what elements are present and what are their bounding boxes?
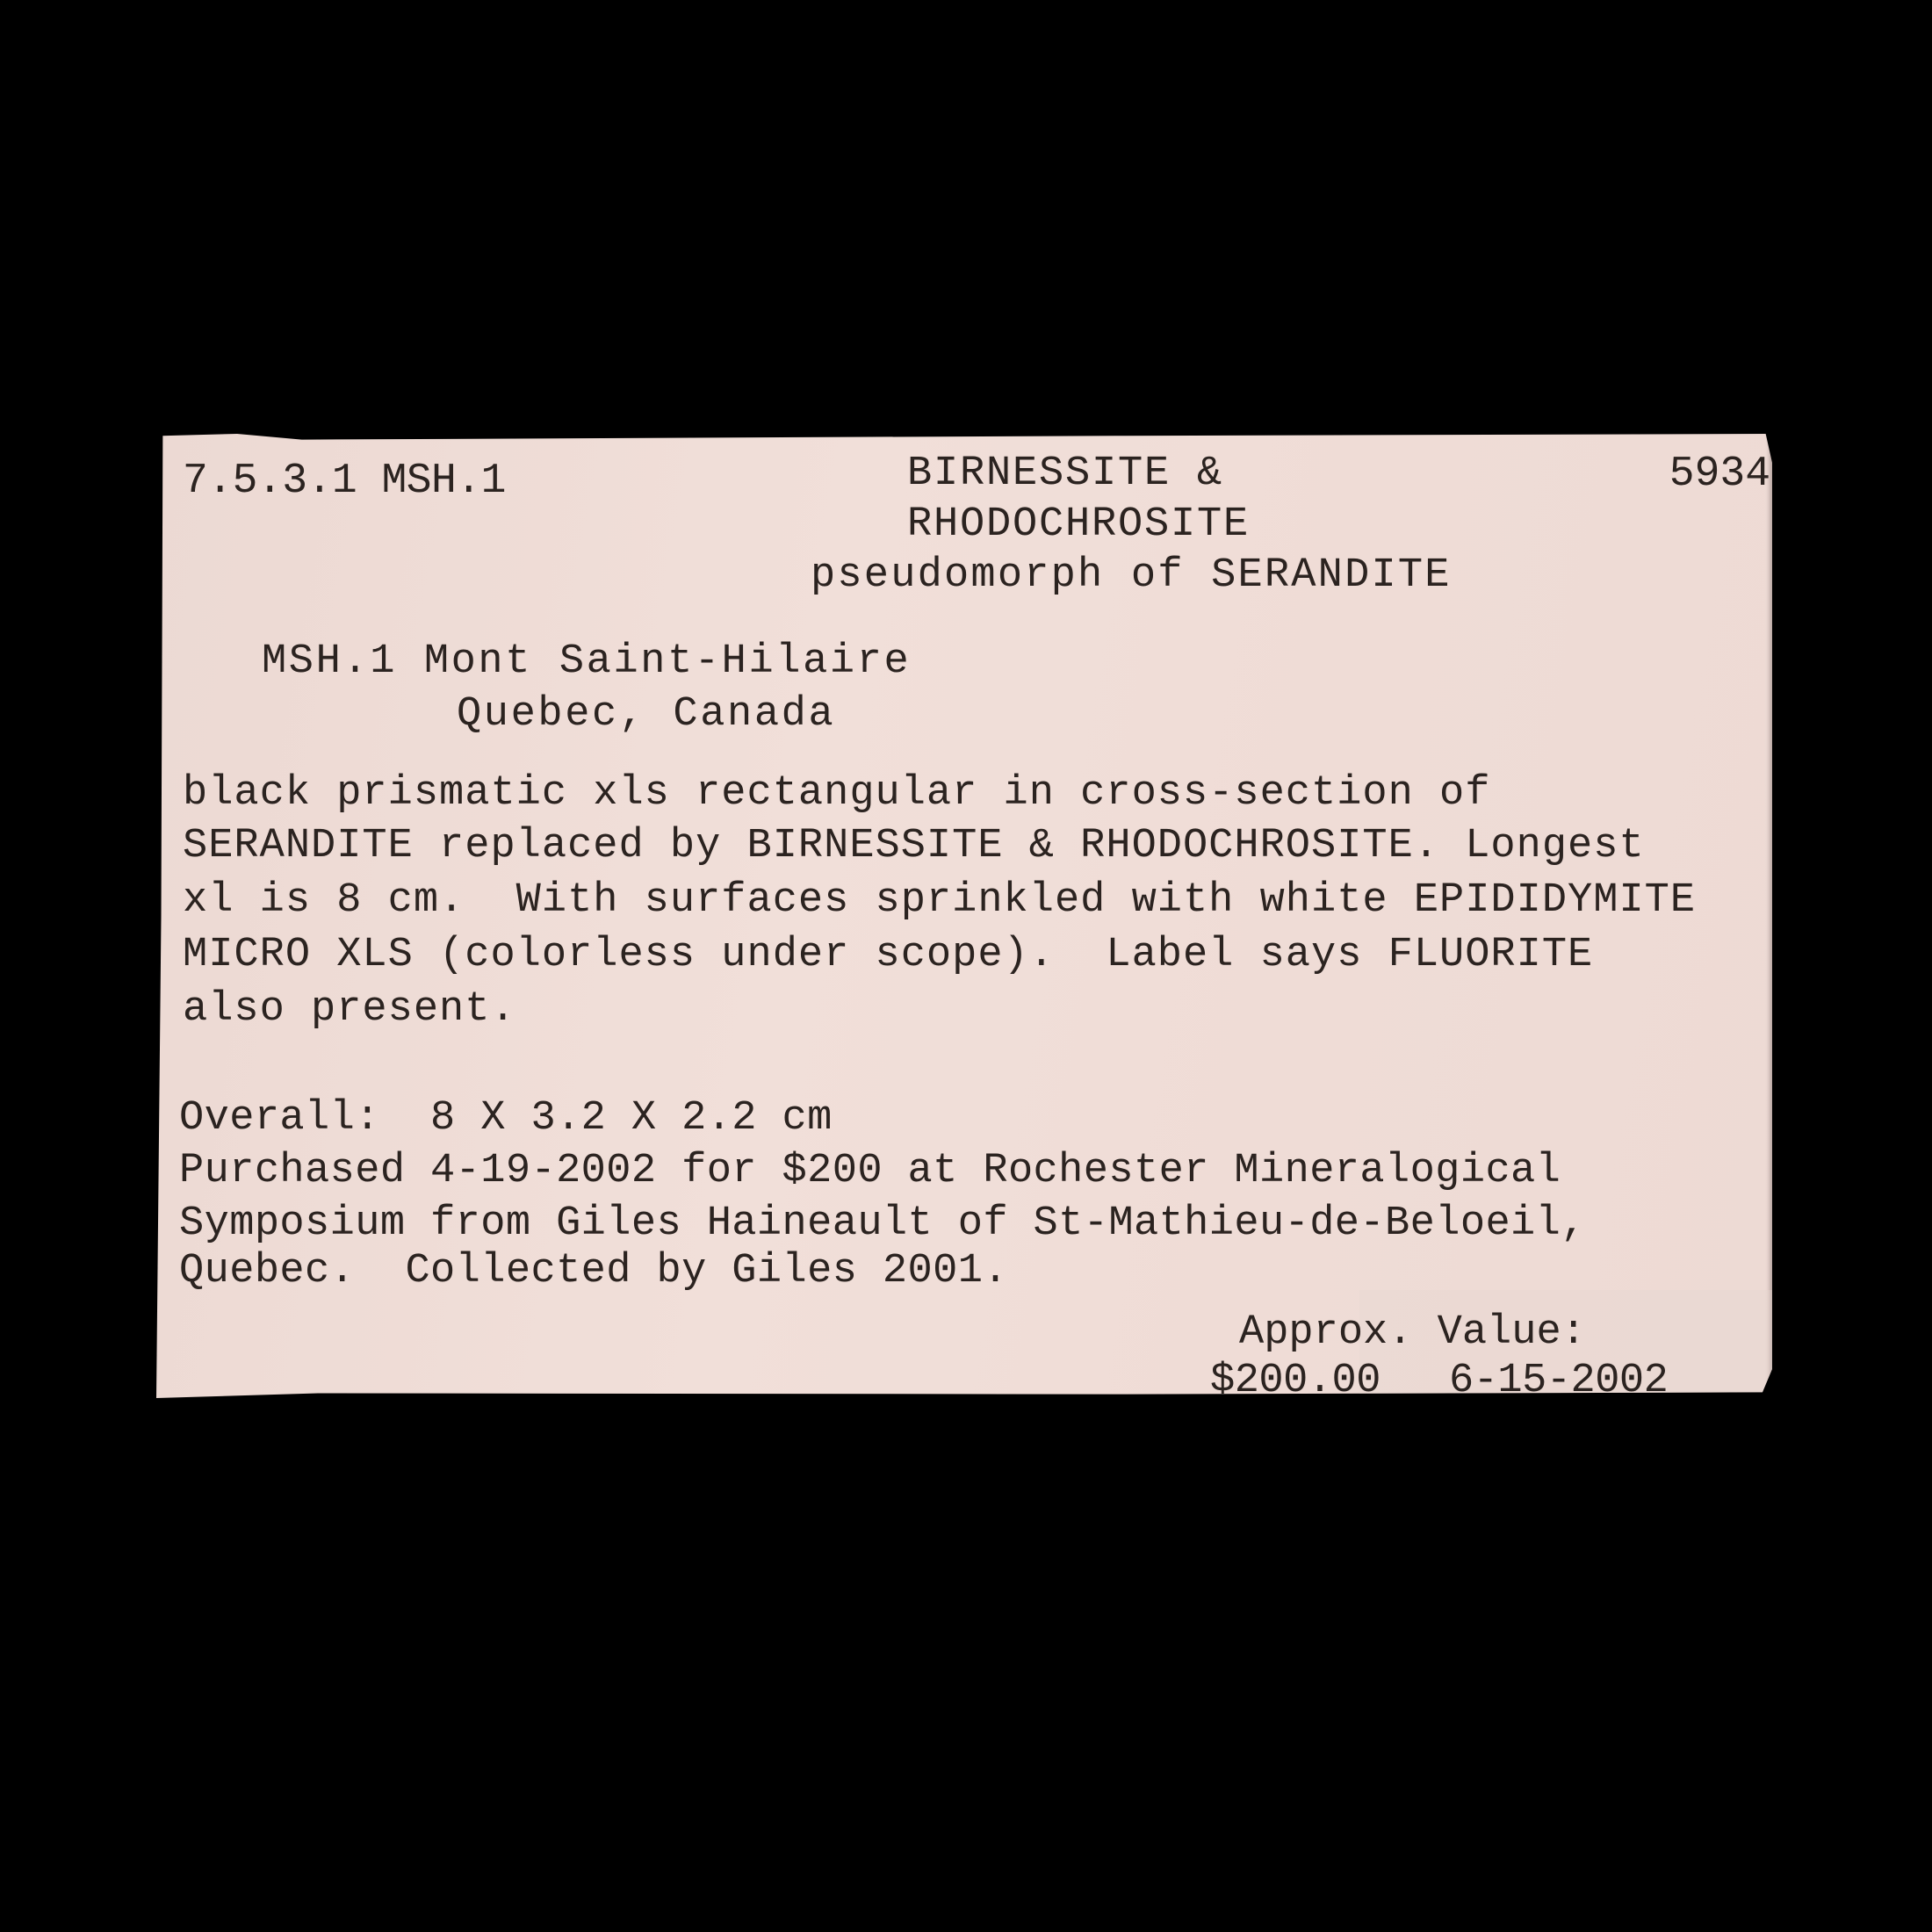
description-line: black prismatic xls rectangular in cross… (183, 773, 1490, 814)
source-line: Symposium from Giles Haineault of St-Mat… (179, 1203, 1586, 1244)
description-line: MICRO XLS (colorless under scope). Label… (183, 934, 1593, 976)
dimensions-line: Overall: 8 X 3.2 X 2.2 cm (179, 1098, 833, 1139)
valuation-label: Approx. Value: (1239, 1312, 1586, 1353)
description-line: xl is 8 cm. With surfaces sprinkled with… (183, 880, 1696, 921)
valuation-date: 6-15-2002 (1449, 1360, 1668, 1402)
catalog-code: 7.5.3.1 MSH.1 (183, 460, 506, 502)
locality-line-1: MSH.1 Mont Saint-Hilaire (262, 641, 911, 682)
mineral-title-line-2: RHODOCHROSITE (907, 504, 1250, 545)
specimen-number: 5934 (1669, 453, 1770, 495)
description-line: SERANDITE replaced by BIRNESSITE & RHODO… (183, 825, 1645, 867)
description-line: also present. (183, 989, 516, 1030)
specimen-label-card: 7.5.3.1 MSH.1 5934 BIRNESSITE & RHODOCHR… (156, 434, 1772, 1398)
mineral-title-line-1: BIRNESSITE & (907, 453, 1223, 494)
mineral-title-line-3: pseudomorph of SERANDITE (811, 555, 1452, 596)
locality-line-2: Quebec, Canada (457, 694, 835, 735)
collection-line: Quebec. Collected by Giles 2001. (179, 1251, 1008, 1292)
purchase-line: Purchased 4-19-2002 for $200 at Rocheste… (179, 1150, 1561, 1192)
valuation-amount: $200.00 (1210, 1360, 1381, 1402)
